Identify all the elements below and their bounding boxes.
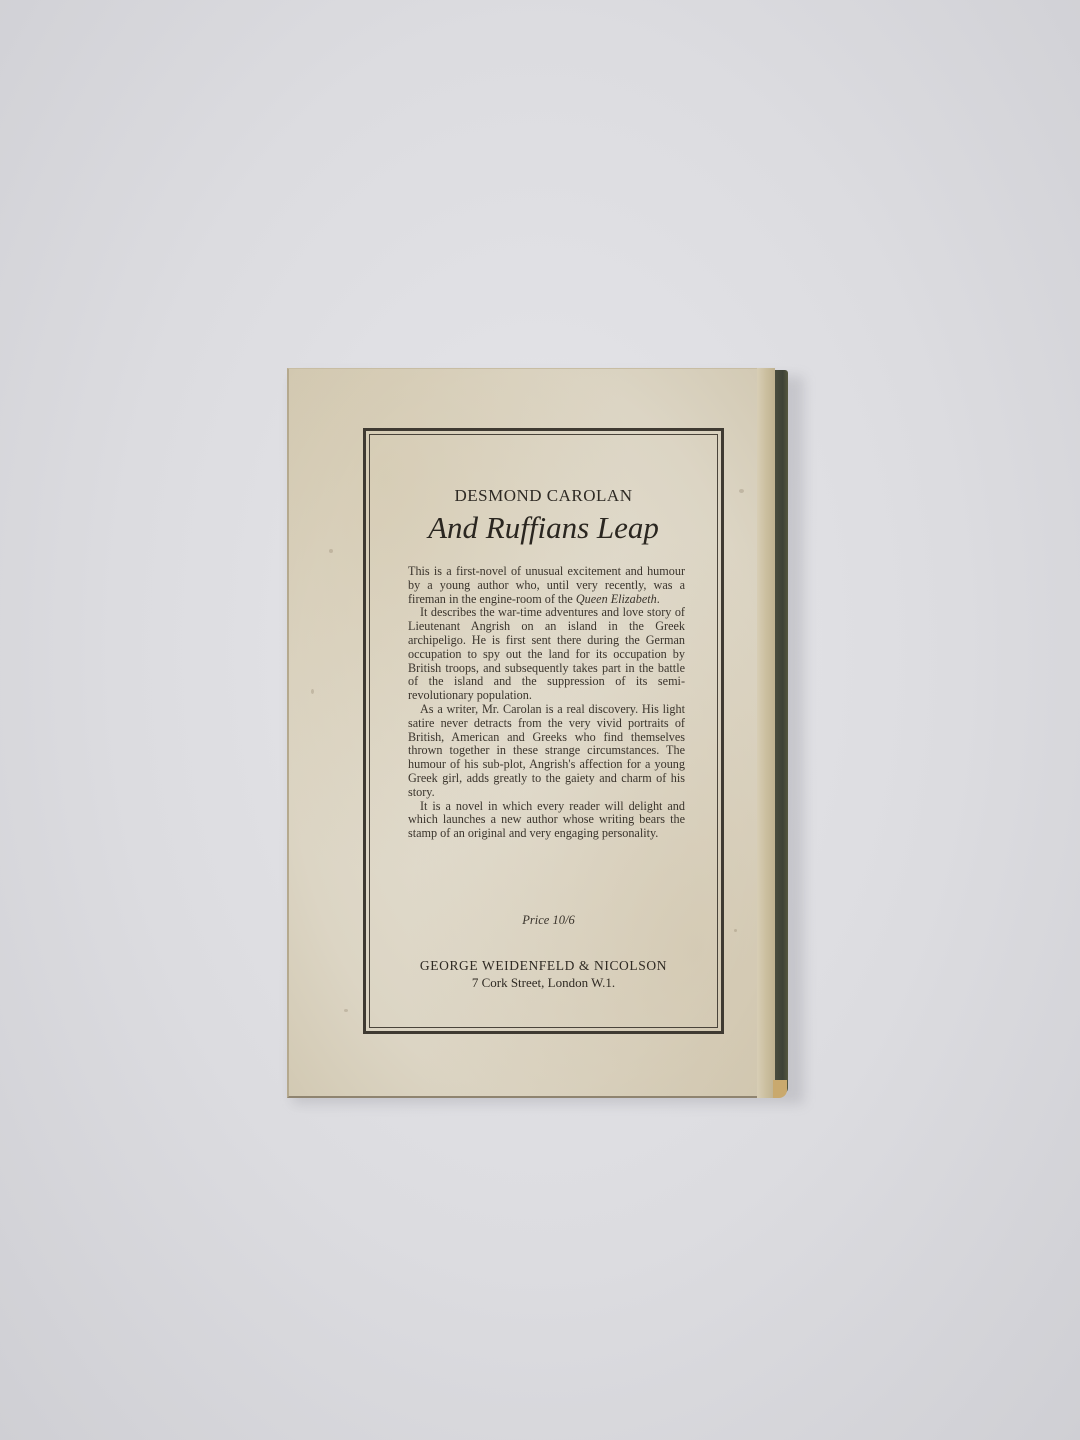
ship-name: Queen Elizabeth xyxy=(576,592,657,606)
back-cover: DESMOND CAROLAN And Ruffians Leap This i… xyxy=(287,368,767,1098)
author-name: DESMOND CAROLAN xyxy=(370,486,717,506)
blurb-paragraph-3: As a writer, Mr. Carolan is a real disco… xyxy=(408,703,685,800)
book-title: And Ruffians Leap xyxy=(370,510,717,546)
double-rule-frame: DESMOND CAROLAN And Ruffians Leap This i… xyxy=(363,428,724,1034)
spine-worn-corner xyxy=(773,1080,787,1098)
book-spine xyxy=(775,370,788,1094)
publisher-name: GEORGE WEIDENFELD & NICOLSON xyxy=(370,958,717,974)
stain-speck xyxy=(329,549,333,553)
stain-speck xyxy=(344,1009,348,1012)
frame-inner-rule: DESMOND CAROLAN And Ruffians Leap This i… xyxy=(369,434,718,1028)
stain-speck xyxy=(739,489,744,493)
blurb-text: This is a first-novel of unusual excitem… xyxy=(408,565,685,841)
publisher-address: 7 Cork Street, London W.1. xyxy=(370,975,717,991)
stain-speck xyxy=(734,929,737,932)
blurb-p1-end: . xyxy=(657,592,660,606)
price-label: Price 10/6 xyxy=(370,913,717,928)
book: DESMOND CAROLAN And Ruffians Leap This i… xyxy=(287,368,800,1098)
stain-speck xyxy=(311,689,314,694)
blurb-paragraph-1: This is a first-novel of unusual excitem… xyxy=(408,565,685,606)
blurb-paragraph-4: It is a novel in which every reader will… xyxy=(408,800,685,841)
jacket-fold xyxy=(757,368,775,1098)
blurb-paragraph-2: It describes the war-time adventures and… xyxy=(408,606,685,703)
